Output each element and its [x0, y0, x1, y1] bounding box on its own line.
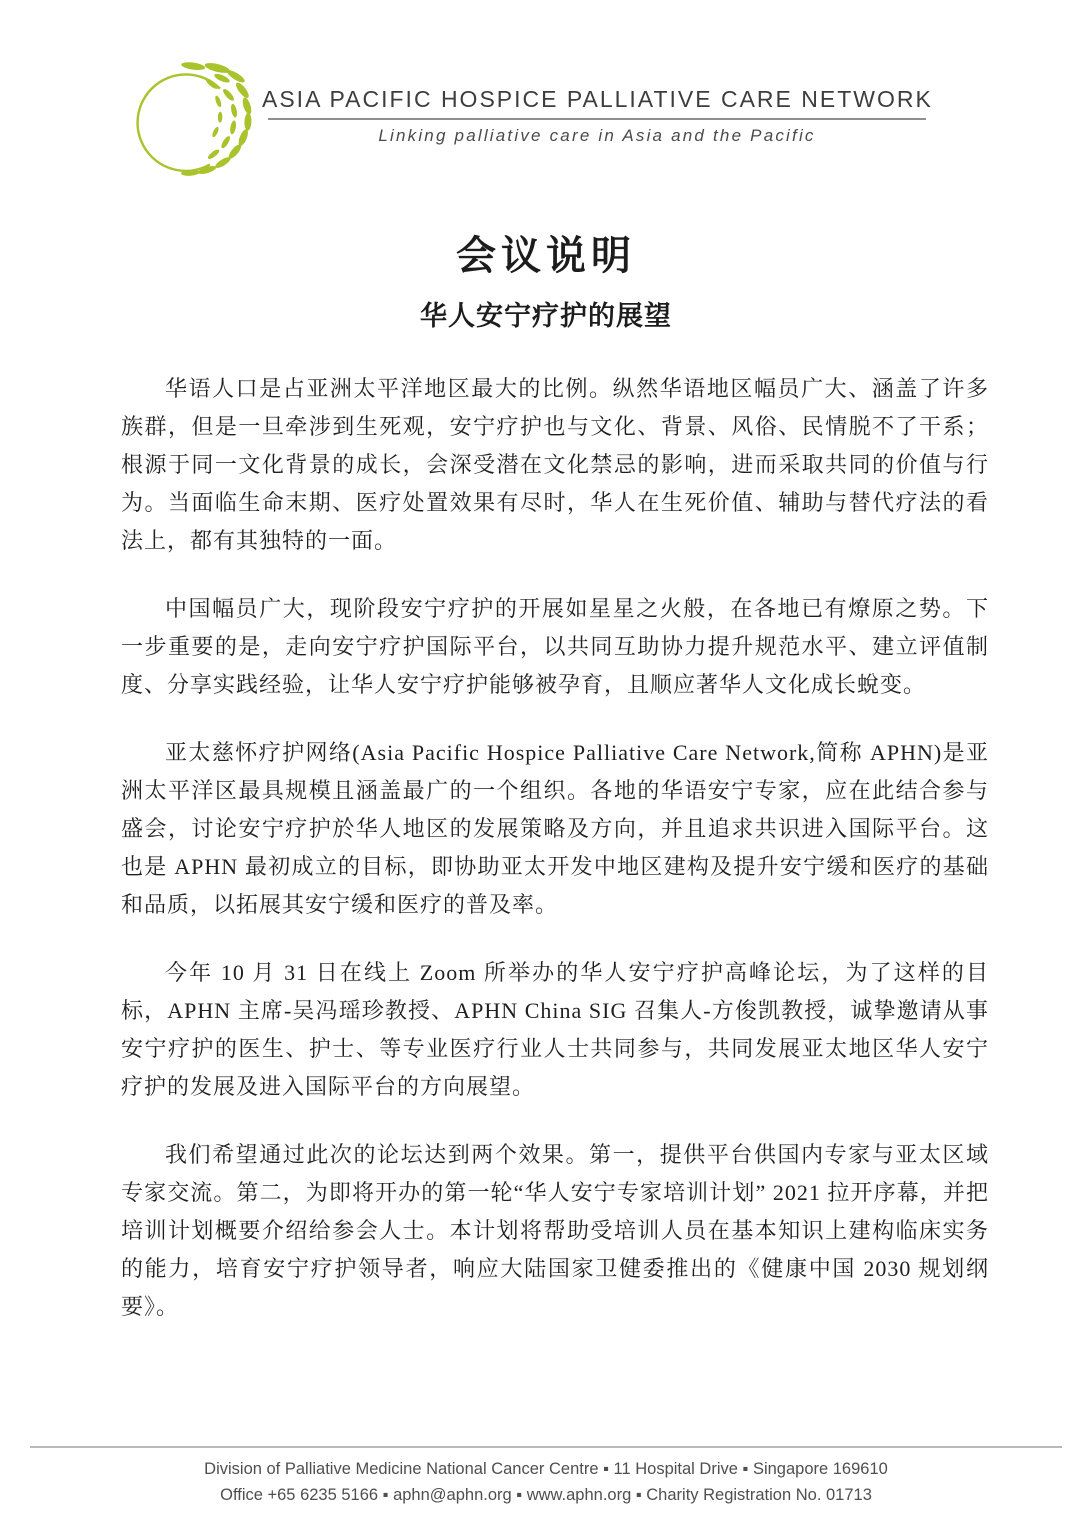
body-paragraph-5: 我们希望通过此次的论坛达到两个效果。第一，提供平台供国内专家与亚太区域专家交流。…: [121, 1136, 989, 1326]
org-tagline: Linking palliative care in Asia and the …: [262, 126, 932, 146]
footer: Division of Palliative Medicine National…: [0, 1456, 1092, 1508]
document-subtitle: 华人安宁疗护的展望: [0, 294, 1092, 333]
footer-divider: [30, 1446, 1062, 1448]
body-paragraph-1: 华语人口是占亚洲太平洋地区最大的比例。纵然华语地区幅员广大、涵盖了许多族群，但是…: [121, 370, 989, 560]
body-paragraph-4: 今年 10 月 31 日在线上 Zoom 所举办的华人安宁疗护高峰论坛，为了这样…: [121, 954, 989, 1106]
document-body: 华语人口是占亚洲太平洋地区最大的比例。纵然华语地区幅员广大、涵盖了许多族群，但是…: [121, 370, 989, 1356]
document-title: 会议说明: [0, 224, 1092, 281]
aphn-leaf-logo-icon: [132, 55, 260, 183]
letterhead-divider: [268, 118, 926, 120]
body-paragraph-2: 中国幅员广大，现阶段安宁疗护的开展如星星之火般，在各地已有燎原之势。下一步重要的…: [121, 590, 989, 704]
org-name: ASIA PACIFIC HOSPICE PALLIATIVE CARE NET…: [262, 86, 932, 113]
body-paragraph-3: 亚太慈怀疗护网络(Asia Pacific Hospice Palliative…: [121, 734, 989, 924]
document-page: ASIA PACIFIC HOSPICE PALLIATIVE CARE NET…: [0, 0, 1092, 1536]
footer-contact-line: Office +65 6235 5166 ▪ aphn@aphn.org ▪ w…: [0, 1482, 1092, 1508]
footer-address-line: Division of Palliative Medicine National…: [0, 1456, 1092, 1482]
letterhead: ASIA PACIFIC HOSPICE PALLIATIVE CARE NET…: [262, 86, 932, 146]
